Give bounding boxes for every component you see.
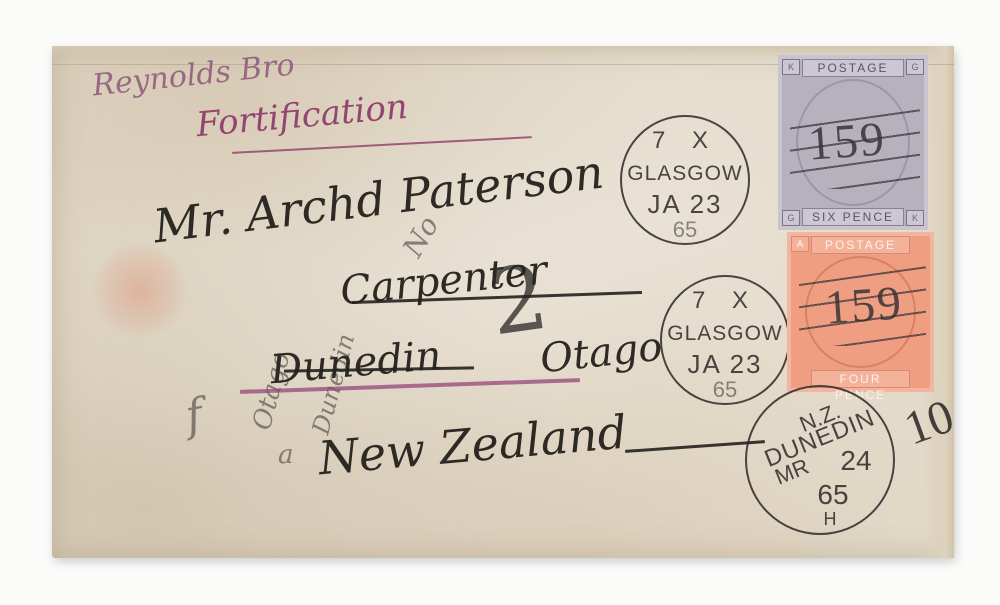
postmark-date: JA 23	[662, 349, 788, 380]
stamp-corner-letter: K	[906, 210, 924, 226]
stamp-top-label: POSTAGE	[802, 59, 904, 77]
postmark-dunedin: N.Z. DUNEDIN MR 24 65 H	[745, 385, 895, 535]
stamp-six-pence: K G G K POSTAGE 159 SIX PENCE	[778, 55, 928, 230]
postmark-year: 65	[803, 479, 863, 511]
postmark-glasgow-2: 7 X GLASGOW JA 23 65	[660, 275, 790, 405]
stamp-corner-letter: A	[791, 236, 809, 252]
postmark-suffix: H	[805, 509, 855, 530]
postmark-city: GLASGOW	[662, 322, 788, 346]
postmark-code: 7 X	[622, 127, 748, 155]
stamp-four-pence: A POSTAGE 159 FOUR PENCE	[787, 232, 934, 392]
postmark-glasgow-1: 7 X GLASGOW JA 23 65	[620, 115, 750, 245]
postmark-code: 7 X	[662, 287, 788, 315]
stamp-bottom-label: SIX PENCE	[802, 208, 904, 226]
pencil-annotation-a: a	[278, 440, 294, 470]
stamp-top-label: POSTAGE	[811, 236, 910, 254]
postmark-day: 24	[831, 445, 881, 477]
postmark-city: GLASGOW	[622, 162, 748, 186]
stamp-cancel-number: 159	[806, 111, 888, 171]
red-ink-stain	[95, 245, 185, 335]
postmark-year: 65	[622, 217, 748, 243]
postmark-year: 65	[662, 377, 788, 403]
stamp-corner-letter: G	[906, 59, 924, 75]
stamp-cancel-number: 159	[823, 275, 905, 335]
postmark-date: JA 23	[622, 189, 748, 220]
stamp-corner-letter: G	[782, 210, 800, 226]
stamp-corner-letter: K	[782, 59, 800, 75]
